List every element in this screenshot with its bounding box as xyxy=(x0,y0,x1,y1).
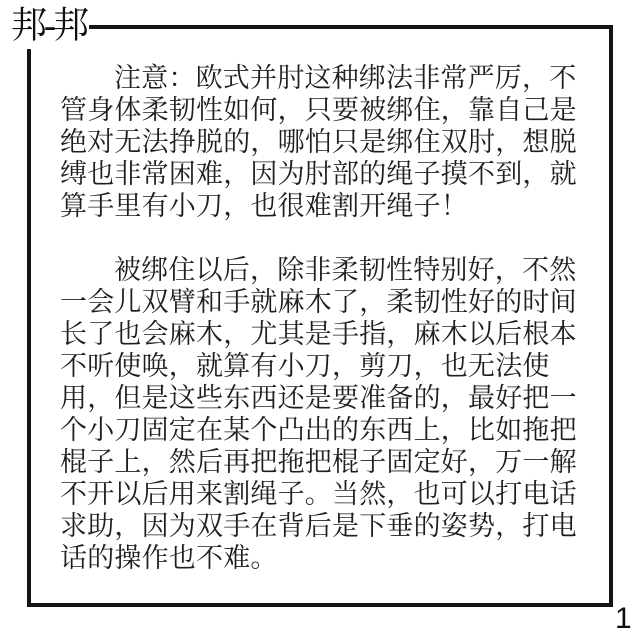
text-line: 一会儿双臂和手就麻木了，柔韧性好的时间 xyxy=(60,286,582,318)
logo-area: 邦-邦 xyxy=(5,3,89,49)
text-line: 长了也会麻木，尤其是手指，麻木以后根本 xyxy=(60,318,582,350)
text-line: 用，但是这些东西还是要准备的，最好把一 xyxy=(60,382,582,414)
text-line: 绝对无法挣脱的，哪怕只是绑住双肘，想脱 xyxy=(60,126,582,158)
text-line: 棍子上，然后再把拖把棍子固定好，万一解 xyxy=(60,446,582,478)
text-line: 个小刀固定在某个凸出的东西上，比如拖把 xyxy=(60,414,582,446)
text-line: 不听使唤，就算有小刀，剪刀，也无法使 xyxy=(60,350,582,382)
page-number: 1 xyxy=(615,603,632,635)
text-line: 被绑住以后，除非柔韧性特别好，不然 xyxy=(60,254,582,286)
text-block: 注意：欧式并肘这种绑法非常严厉，不 管身体柔韧性如何，只要被绑住，靠自己是 绝对… xyxy=(60,62,582,574)
text-line: 注意：欧式并肘这种绑法非常严厉，不 xyxy=(60,62,582,94)
text-line: 不开以后用来割绳子。当然，也可以打电话 xyxy=(60,478,582,510)
paragraph-1: 注意：欧式并肘这种绑法非常严厉，不 管身体柔韧性如何，只要被绑住，靠自己是 绝对… xyxy=(60,62,582,222)
text-line: 求助，因为双手在背后是下垂的姿势，打电 xyxy=(60,510,582,542)
text-line: 算手里有小刀，也很难割开绳子！ xyxy=(60,190,582,222)
text-line: 话的操作也不难。 xyxy=(60,542,582,574)
logo-text: 邦-邦 xyxy=(5,3,86,46)
text-line: 管身体柔韧性如何，只要被绑住，靠自己是 xyxy=(60,94,582,126)
paragraph-2: 被绑住以后，除非柔韧性特别好，不然 一会儿双臂和手就麻木了，柔韧性好的时间 长了… xyxy=(60,254,582,574)
text-line: 缚也非常困难，因为肘部的绳子摸不到，就 xyxy=(60,158,582,190)
document-page: 邦-邦 注意：欧式并肘这种绑法非常严厉，不 管身体柔韧性如何，只要被绑住，靠自己… xyxy=(0,0,640,640)
